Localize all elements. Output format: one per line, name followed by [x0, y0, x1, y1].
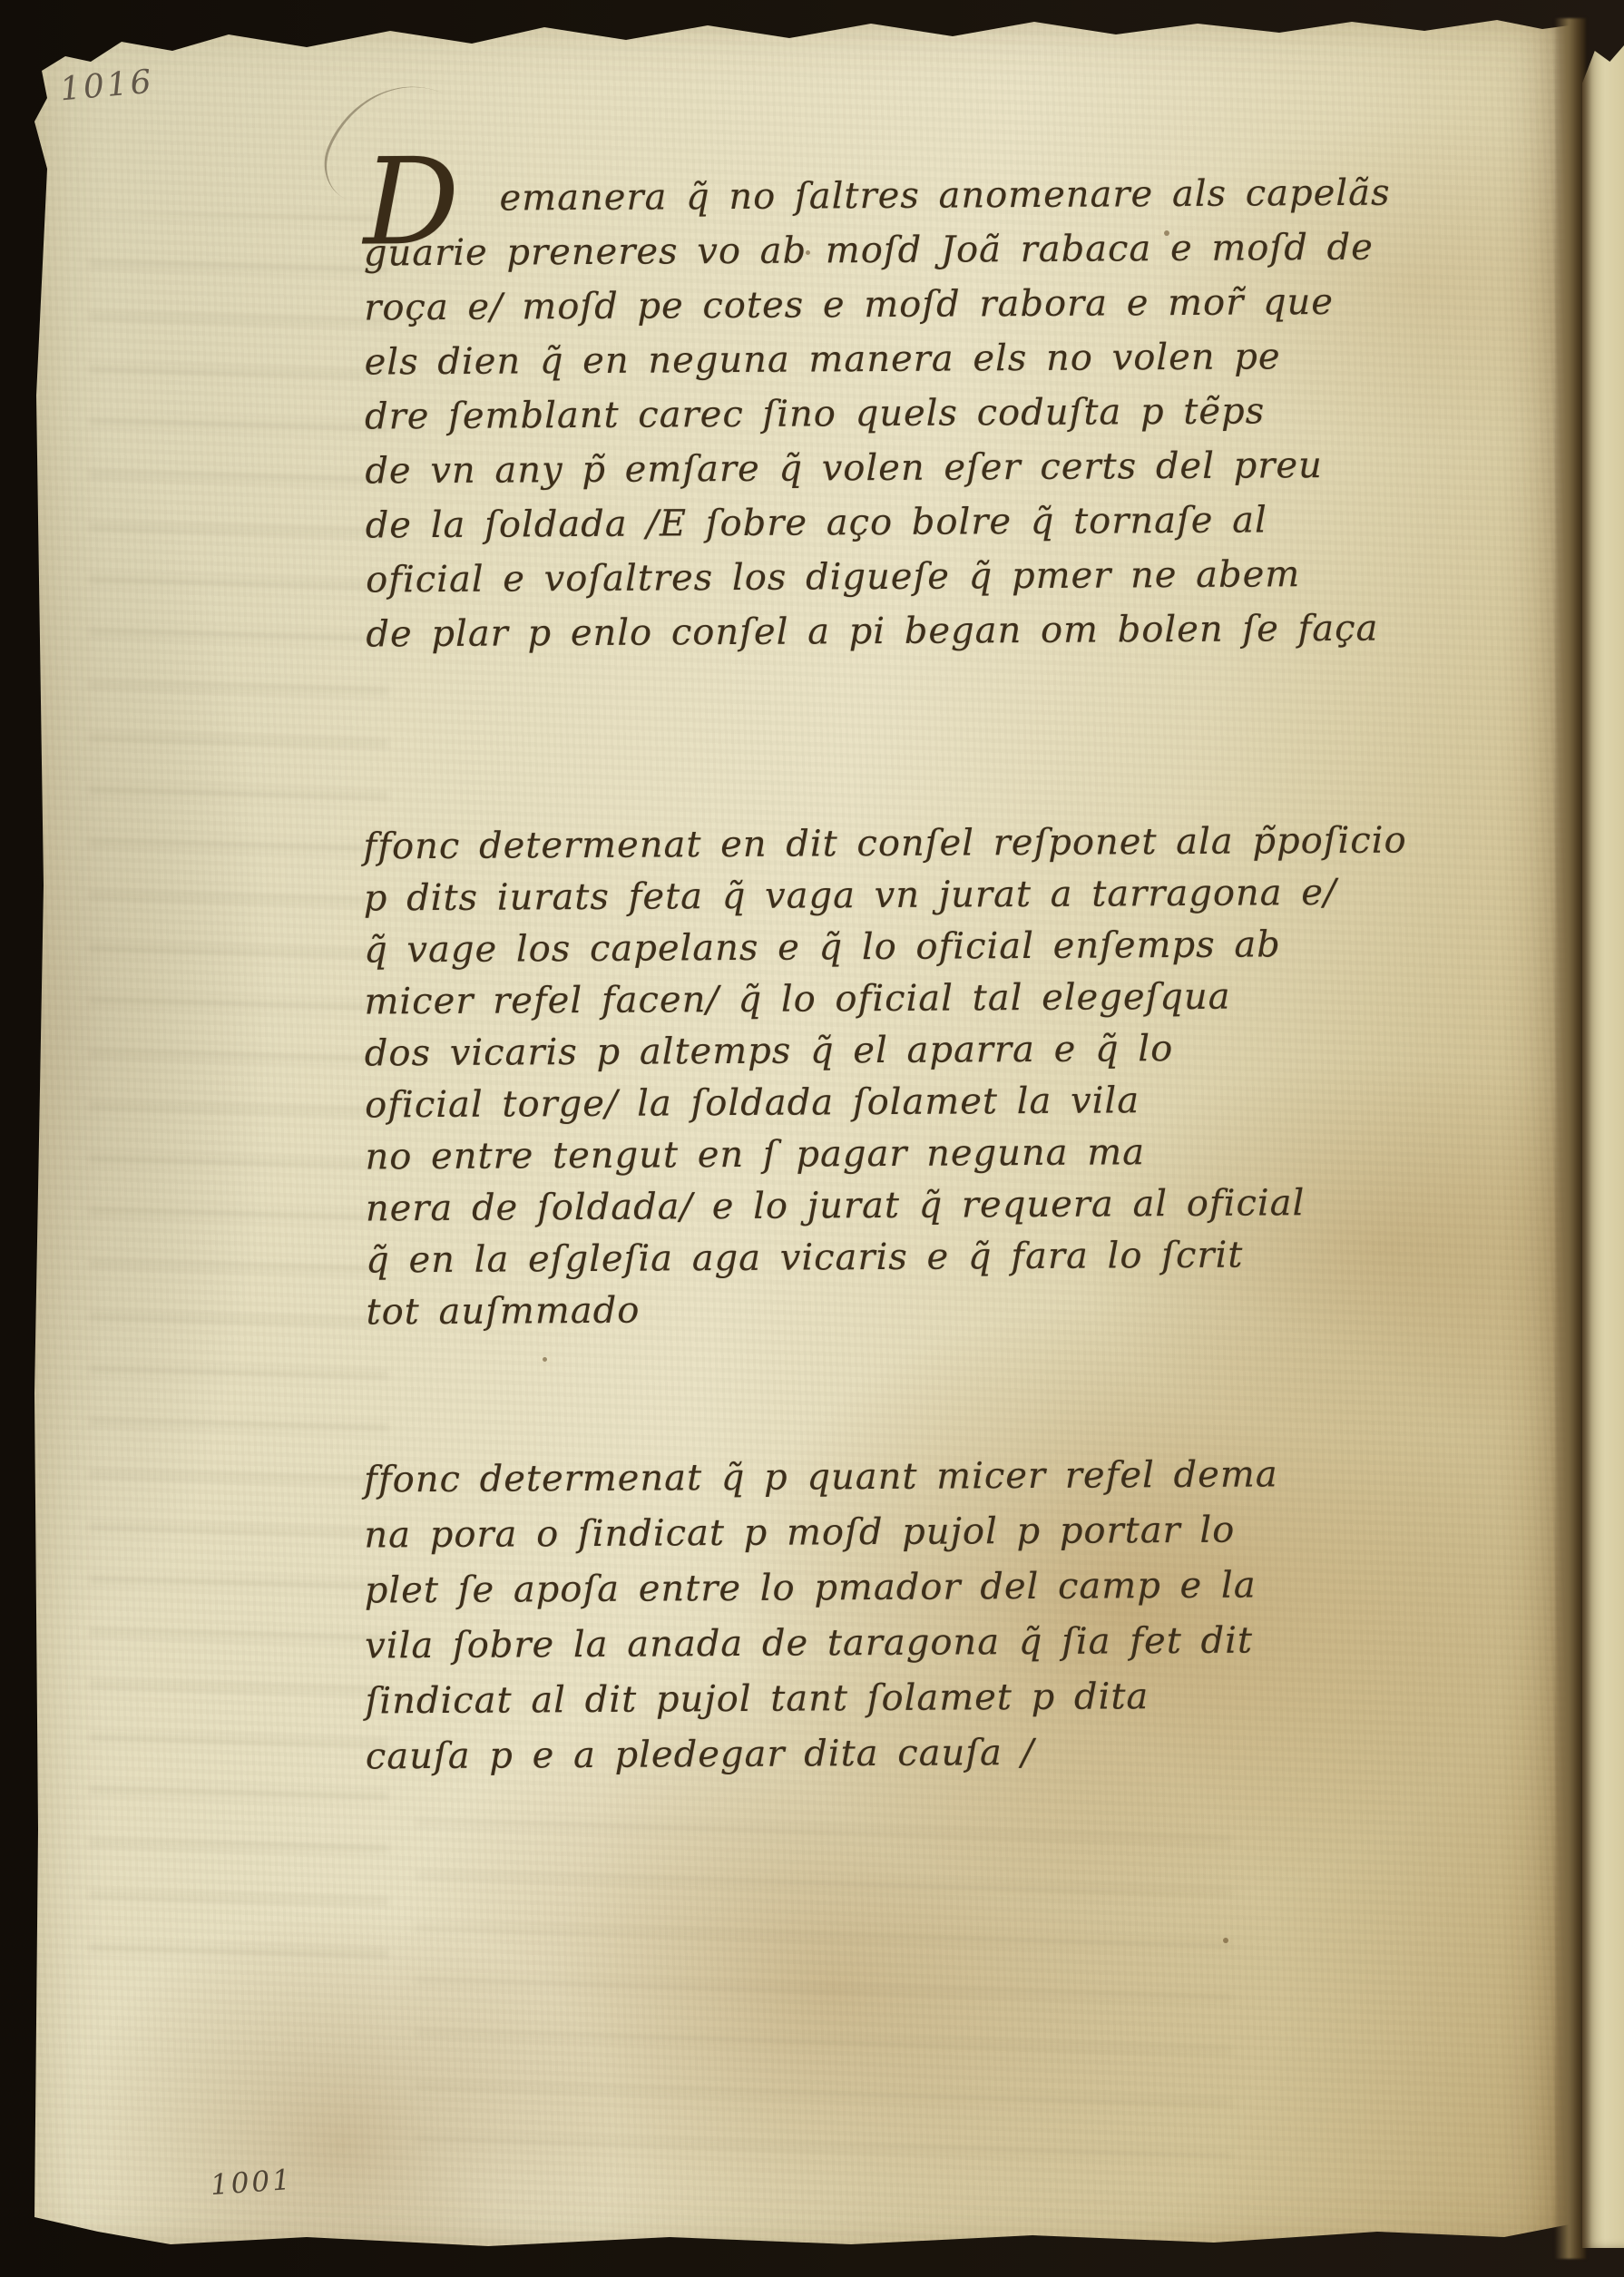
text-line: ſindicat al dit pujol tant ſolamet p dit…: [365, 1668, 1399, 1730]
text-line: micer refel facen/ q̃ lo oficial tal ele…: [364, 971, 1398, 1029]
text-line: q̃ vage los capelans e q̃ lo oficial enſ…: [364, 919, 1398, 977]
manuscript-photo: 1016 D emanera q̃ no ſaltres anomenare a…: [0, 0, 1624, 2277]
text-line: tot auſmmado: [366, 1281, 1400, 1339]
drop-cap-initial: D: [363, 148, 461, 258]
text-line: na pora o ſindicat p moſd pujol p portar…: [364, 1502, 1398, 1564]
text-line: ffonc determenat en dit conſel reſponet …: [363, 816, 1397, 874]
text-line: oficial torge/ la ſoldada ſolamet la vil…: [365, 1074, 1399, 1132]
text-line: ffonc determenat q̃ p quant micer refel …: [364, 1447, 1398, 1509]
adjacent-page-edge: [1582, 24, 1624, 2248]
text-line: cauſa p e a pledegar dita cauſa /: [366, 1724, 1400, 1785]
paragraph-3: ffonc determenat q̃ p quant micer refel …: [364, 1447, 1400, 1785]
text-line: q̃ en la eſgleſia aga vicaris e q̃ fara …: [366, 1229, 1400, 1287]
paragraph-2: ffonc determenat en dit conſel reſponet …: [363, 816, 1400, 1339]
text-line: de la ſoldada /E ſobre aço bolre q̃ torn…: [366, 493, 1400, 553]
fox-spot: [543, 1357, 547, 1362]
text-line: plet ſe apoſa entre lo pmador del camp e…: [365, 1558, 1399, 1619]
text-line: nera de ſoldada/ e lo jurat q̃ requera a…: [366, 1178, 1400, 1236]
text-line: vila ſobre la anada de taragona q̃ ſia f…: [365, 1613, 1399, 1675]
text-line: guarie preneres vo ab moſd Joã rabaca e …: [364, 220, 1398, 281]
text-line: els dien q̃ en neguna manera els no vole…: [364, 329, 1398, 390]
text-line: dre ſemblant carec ſino quels coduſta p …: [365, 384, 1399, 445]
page-gutter: [1555, 18, 1586, 2259]
text-line: de plar p enlo conſel a pi began om bole…: [366, 601, 1400, 662]
text-line: p dits iurats feta q̃ vaga vn jurat a ta…: [364, 867, 1398, 925]
bleed-through-text-bottom: [416, 1793, 1232, 2174]
text-line: dos vicaris p altemps q̃ el aparra e q̃ …: [365, 1022, 1399, 1080]
bleed-through-text-left: [89, 214, 388, 1983]
text-line: emanera q̃ no ſaltres anomenare als cape…: [363, 166, 1397, 227]
paragraph-1: D emanera q̃ no ſaltres anomenare als ca…: [363, 166, 1400, 662]
text-line: no entre tengut en ſ pagar neguna ma: [365, 1126, 1399, 1184]
text-line: de vn any p̃ emſare q̃ volen eſer certs …: [365, 438, 1399, 499]
text-line: roça e/ moſd pe cotes e moſd rabora e mo…: [364, 275, 1398, 336]
text-line: oficial e voſaltres los digueſe q̃ pmer …: [366, 547, 1400, 608]
folio-number-bottom: 1001: [210, 2164, 294, 2202]
fox-spot: [1223, 1938, 1228, 1943]
